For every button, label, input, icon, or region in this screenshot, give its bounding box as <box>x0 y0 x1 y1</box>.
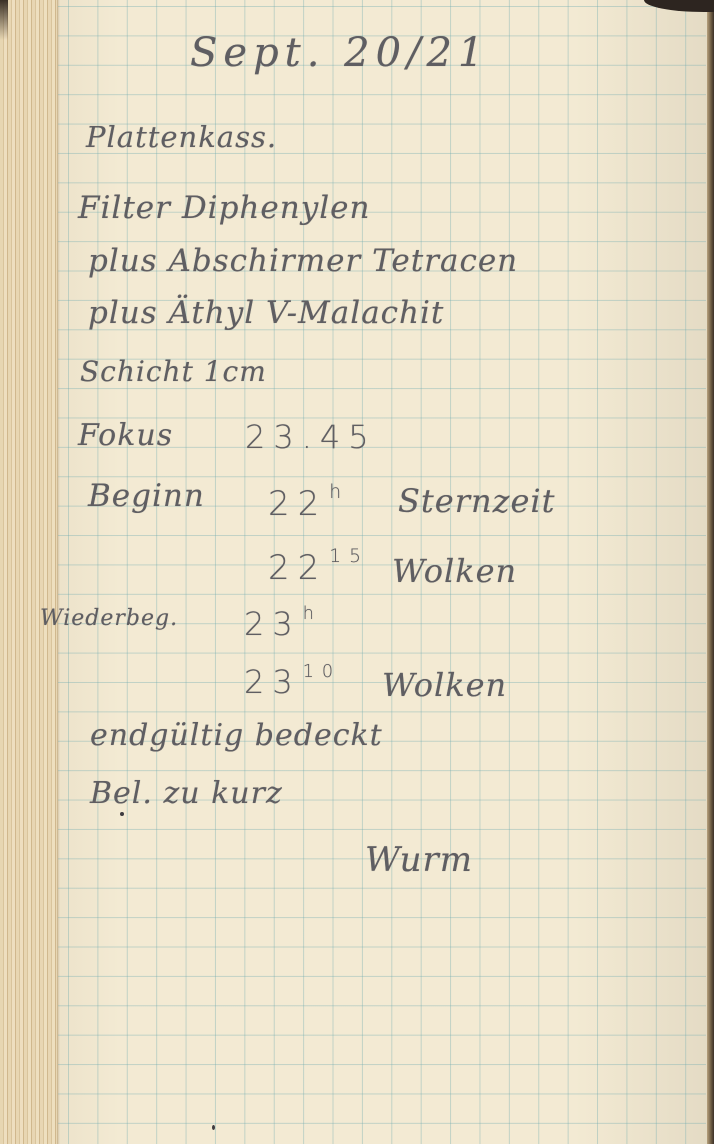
conclusion-line: endgültig bedeckt <box>90 718 383 753</box>
page-right-edge <box>707 0 714 1144</box>
log-note-2: Wolken <box>392 552 517 590</box>
notebook-page: Sept. 20/21 Plattenkass. Filter Diphenyl… <box>0 0 714 1144</box>
log-label-restart: Wiederbeg. <box>40 606 178 631</box>
log-time-4: 2310 <box>244 662 341 701</box>
ink-dot <box>120 812 124 816</box>
log-time-start: 22h <box>268 482 349 524</box>
entry-date: Sept. 20/21 <box>190 30 489 76</box>
filter-line: Filter Diphenylen <box>78 190 370 226</box>
remark-line: Bel. zu kurz <box>90 776 283 811</box>
binding-shadow <box>0 0 8 40</box>
graph-paper-grid <box>58 0 706 1144</box>
log-time-restart: 23h <box>244 604 322 643</box>
entry-heading: Plattenkass. <box>86 120 277 154</box>
focus-value: 23.45 <box>245 418 377 456</box>
log-note-start: Sternzeit <box>398 482 556 520</box>
ink-dot <box>212 1125 215 1130</box>
layer-line: Schicht 1cm <box>80 355 267 388</box>
page-stack-edge <box>0 0 58 1144</box>
dye-line: plus Äthyl V-Malachit <box>88 295 444 331</box>
log-time-2: 2215 <box>268 546 369 588</box>
log-label-start: Beginn <box>88 478 205 514</box>
shield-line: plus Abschirmer Tetracen <box>88 243 518 279</box>
signature: Wurm <box>365 840 473 880</box>
log-note-4: Wolken <box>382 666 507 704</box>
focus-label: Fokus <box>78 418 173 453</box>
